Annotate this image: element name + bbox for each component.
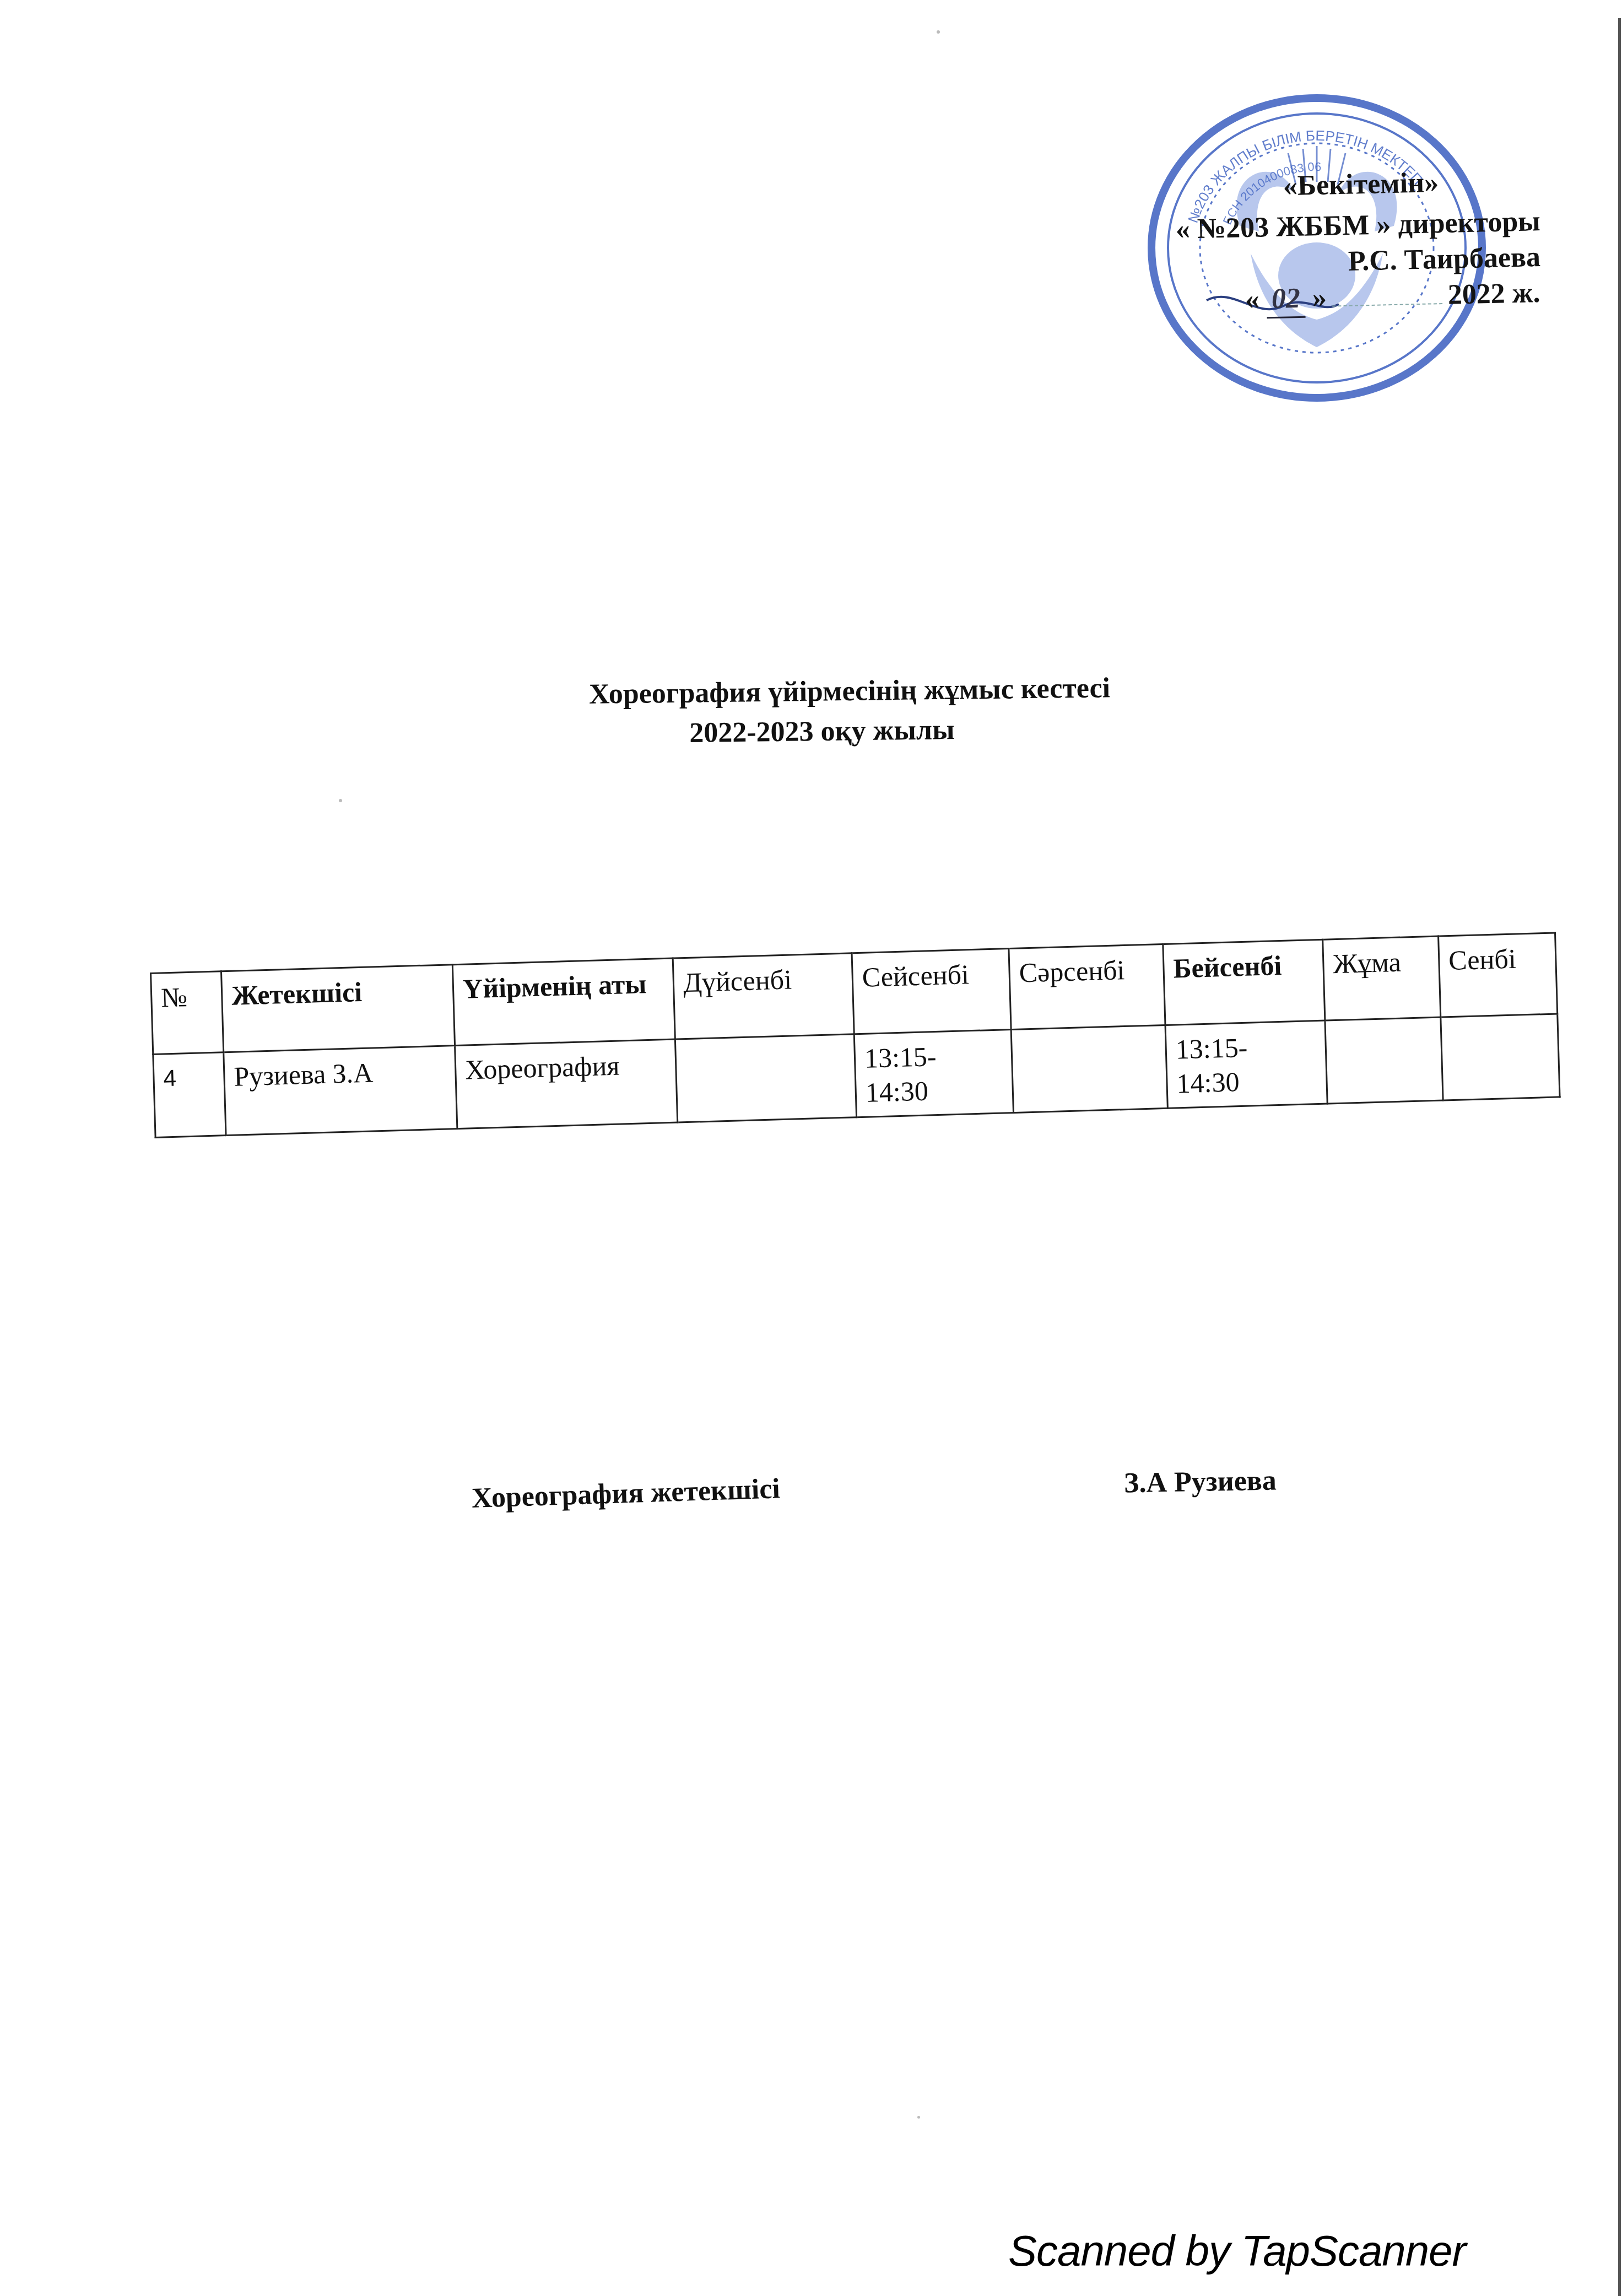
header-number: № — [151, 971, 224, 1055]
approval-heading: «Бекітемін» — [1283, 165, 1439, 204]
cell-wednesday — [1011, 1025, 1167, 1112]
header-monday: Дүйсенбі — [673, 953, 854, 1039]
cell-leader: Рузиева З.А — [224, 1046, 457, 1136]
cell-monday — [675, 1034, 856, 1122]
approval-date-year: 2022 ж. — [1447, 277, 1540, 311]
header-saturday: Сенбі — [1439, 933, 1558, 1017]
approval-date: « 02 »2022 ж. — [1245, 275, 1540, 319]
cell-tuesday: 13:15-14:30 — [854, 1030, 1013, 1117]
scan-speck — [917, 2116, 920, 2119]
scan-edge-line — [1618, 18, 1621, 2296]
header-leader: Жетекшісі — [221, 965, 455, 1052]
signature-name: З.А Рузиева — [1124, 1465, 1277, 1500]
cell-thursday: 13:15-14:30 — [1165, 1020, 1327, 1108]
signature-role: Хореография жетекшісі — [471, 1472, 781, 1515]
header-thursday: Бейсенбі — [1163, 939, 1325, 1025]
approval-director: Р.С. Таирбаева — [1348, 240, 1541, 279]
scan-speck — [339, 799, 342, 802]
cell-club-name: Хореография — [455, 1039, 678, 1128]
header-tuesday: Сейсенбі — [852, 949, 1011, 1034]
approval-date-month-blank — [1332, 303, 1442, 307]
approval-block: №203 ЖАЛПЫ БІЛІМ БЕРЕТІН МЕКТЕП БСН 2010… — [1080, 72, 1576, 424]
header-club-name: Үйірменің аты — [452, 958, 675, 1045]
scan-speck — [937, 30, 940, 34]
schedule-table: № Жетекшісі Үйірменің аты Дүйсенбі Сейсе… — [150, 932, 1561, 1138]
approval-date-day: 02 — [1266, 281, 1306, 319]
scanner-watermark: Scanned by TapScanner — [1008, 2226, 1466, 2276]
schedule-table-wrapper: № Жетекшісі Үйірменің аты Дүйсенбі Сейсе… — [150, 932, 1565, 1138]
cell-friday — [1325, 1017, 1443, 1104]
header-friday: Жұма — [1323, 936, 1441, 1020]
cell-saturday — [1441, 1014, 1560, 1100]
header-wednesday: Сәрсенбі — [1009, 944, 1165, 1030]
cell-number: 4 — [153, 1052, 226, 1138]
